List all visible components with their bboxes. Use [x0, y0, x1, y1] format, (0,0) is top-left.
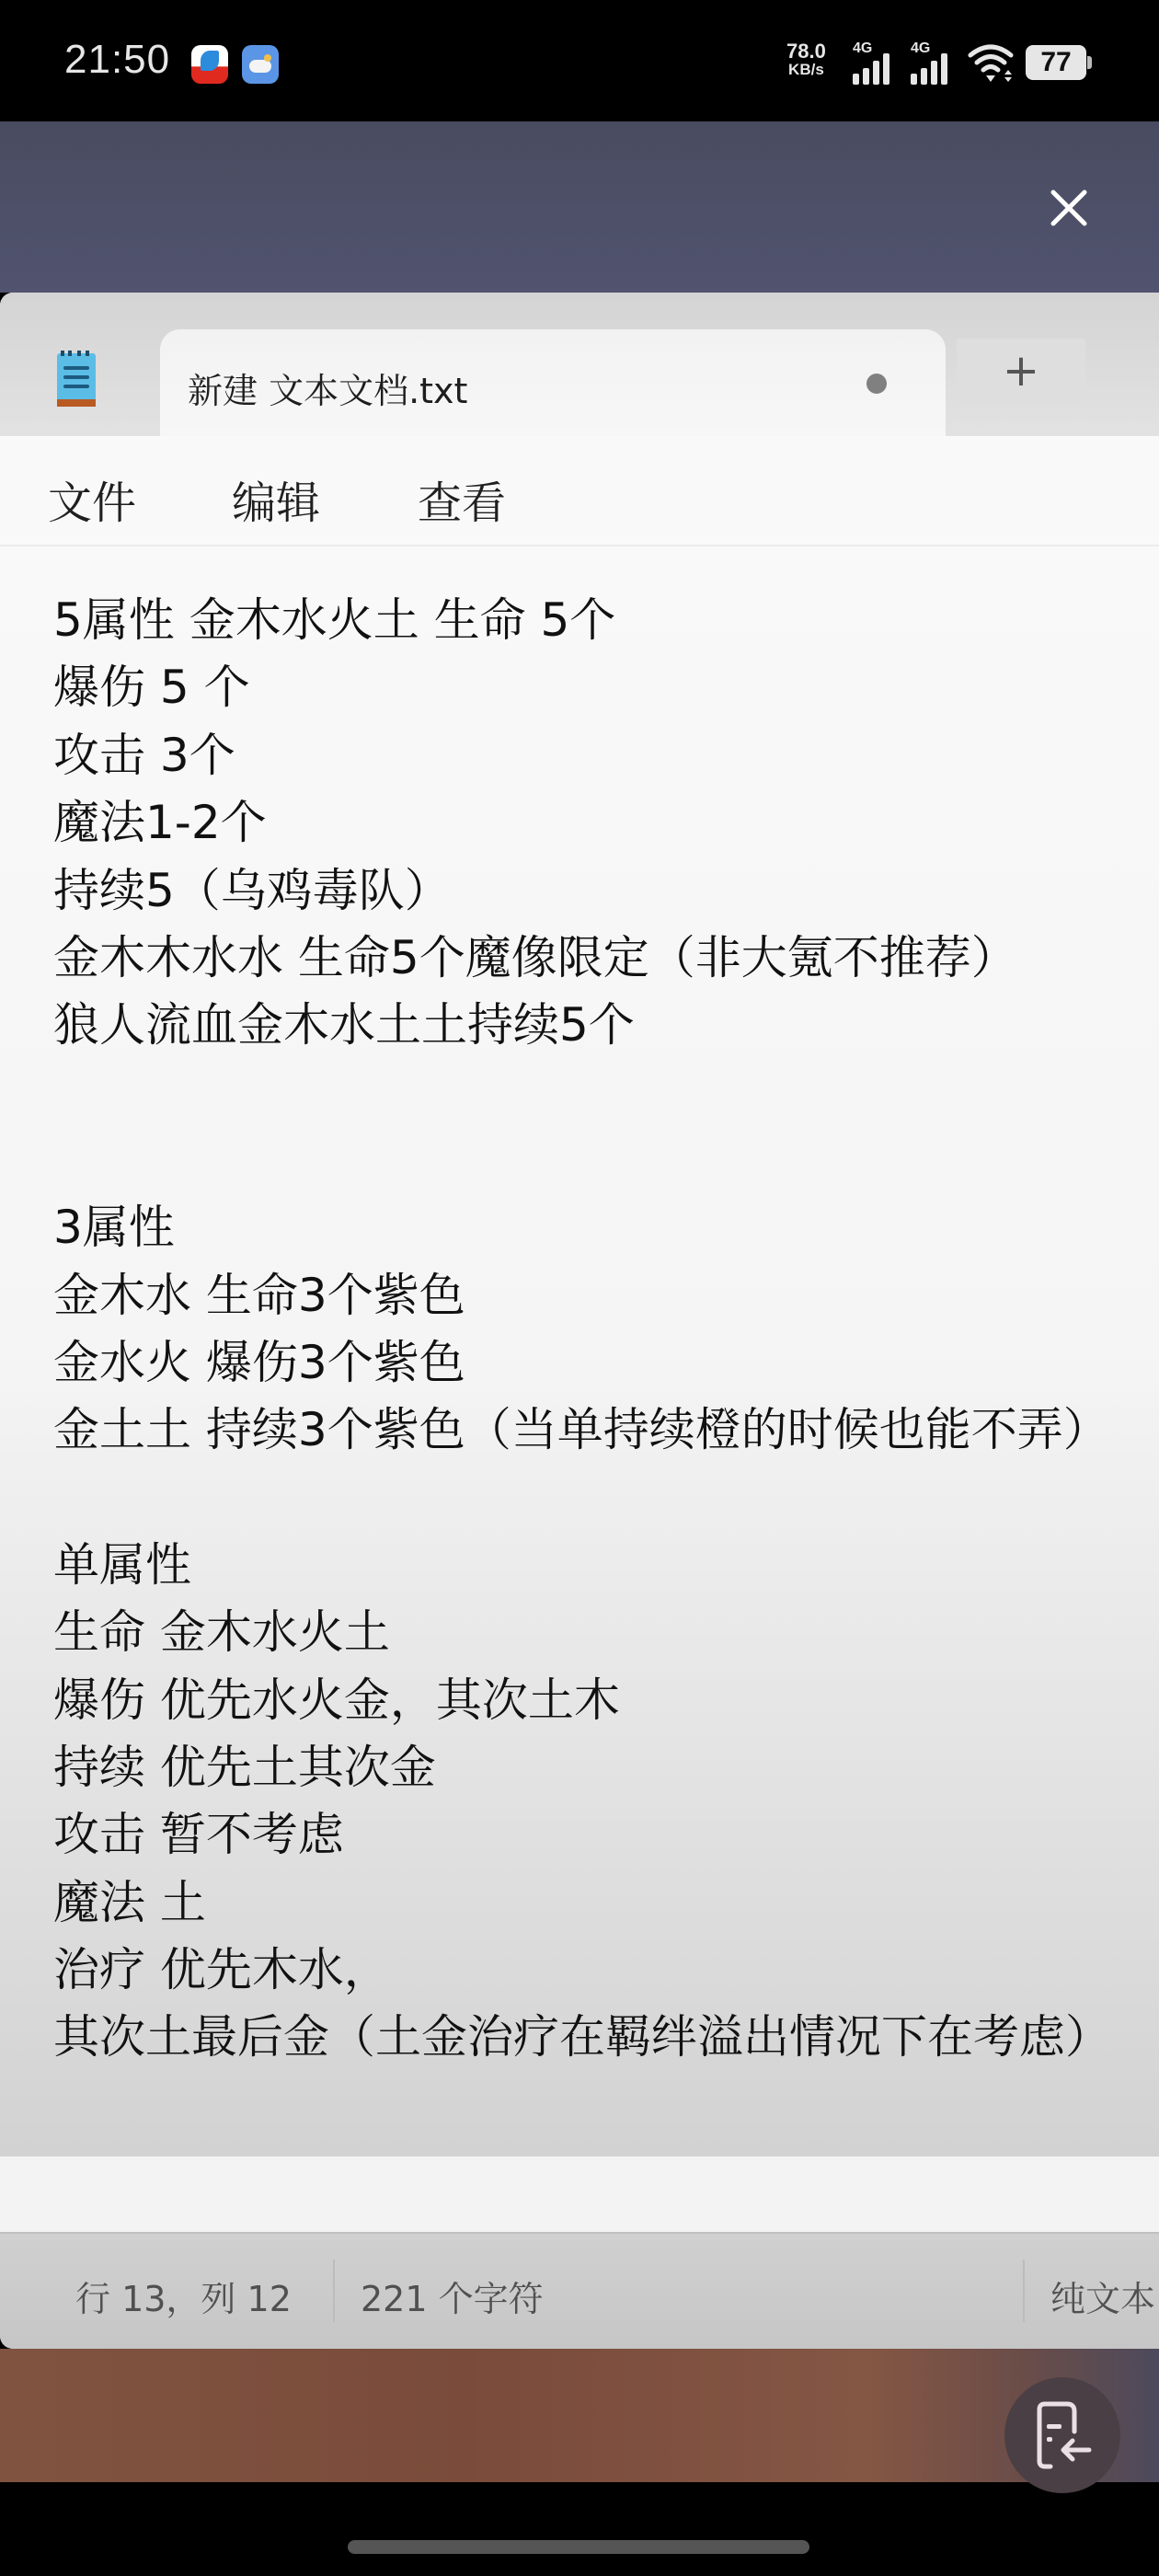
text-line: 单属性 — [53, 1528, 191, 1594]
text-line: 攻击 3个 — [53, 719, 235, 785]
text-line: 爆伤 优先水火金，其次土木 — [53, 1663, 620, 1730]
notepad-icon — [55, 350, 99, 408]
text-line: 持续5（乌鸡毒队） — [53, 854, 451, 920]
unsaved-indicator-icon[interactable] — [866, 374, 887, 394]
notepad-window: 新建 文本文档.txt + 文件 编辑 查看 5属性 金木水火土 生命 5个 爆… — [0, 293, 1159, 2349]
tab-title: 新建 文本文档.txt — [188, 362, 467, 413]
text-line: 魔法 土 — [53, 1866, 206, 1932]
network-speed: 78.0 KB/s — [786, 42, 826, 79]
text-line: 治疗 优先木水， — [53, 1933, 390, 1999]
text-line: 金水火 爆伤3个紫色 — [53, 1326, 465, 1392]
cursor-position: 行 13，列 12 — [75, 2271, 292, 2321]
battery-icon: 77 — [1026, 45, 1086, 80]
text-editor[interactable]: 5属性 金木水火土 生命 5个 爆伤 5 个 攻击 3个 魔法1-2个 持续5（… — [0, 546, 1159, 2156]
cell-signal-icon: 4G — [853, 40, 901, 85]
divider — [1023, 2260, 1025, 2322]
app-dolphin-icon — [191, 45, 228, 84]
close-button[interactable] — [1039, 178, 1098, 237]
text-line: 爆伤 5 个 — [53, 650, 250, 717]
wifi-icon — [968, 42, 1017, 85]
text-line: 魔法1-2个 — [53, 786, 267, 852]
menu-file[interactable]: 文件 — [48, 467, 136, 531]
text-line: 5属性 金木水火土 生命 5个 — [53, 583, 615, 650]
text-line: 金木木水水 生命5个魔像限定（非大氪不推荐） — [53, 921, 1017, 987]
menu-view[interactable]: 查看 — [418, 467, 506, 531]
text-line: 3属性 — [53, 1190, 175, 1257]
menu-edit[interactable]: 编辑 — [232, 467, 320, 531]
title-bar: 新建 文本文档.txt + — [0, 293, 1159, 436]
exit-window-icon — [1030, 2398, 1095, 2472]
home-indicator[interactable] — [348, 2540, 809, 2554]
text-line: 生命 金木水火土 — [53, 1595, 390, 1662]
text-line: 攻击 暂不考虑 — [53, 1798, 344, 1864]
text-line: 金土土 持续3个紫色（当单持续橙的时候也能不弄） — [53, 1393, 1109, 1459]
cell-signal-icon: 4G — [911, 40, 958, 85]
wallpaper — [0, 2349, 1159, 2482]
close-icon — [1048, 187, 1090, 229]
floating-window-header — [0, 121, 1159, 293]
clock: 21:50 — [64, 37, 170, 83]
text-line: 持续 优先土其次金 — [53, 1731, 436, 1797]
exit-floating-window-button[interactable] — [1004, 2377, 1120, 2493]
text-line: 金木水 生命3个紫色 — [53, 1259, 465, 1325]
system-status-bar: 21:50 78.0 KB/s 4G 4G 77 — [0, 0, 1159, 121]
new-tab-button[interactable]: + — [957, 339, 1085, 403]
text-line: 其次土最后金（土金治疗在羁绊溢出情况下在考虑） — [53, 2000, 1111, 2066]
menu-bar: 文件 编辑 查看 — [0, 436, 1159, 546]
weather-icon — [242, 45, 279, 84]
character-count: 221 个字符 — [361, 2271, 544, 2321]
editor-status-bar: 行 13，列 12 221 个字符 纯文本 — [0, 2232, 1159, 2349]
encoding-label[interactable]: 纯文本 — [1050, 2271, 1155, 2321]
text-line: 狼人流血金木水土土持续5个 — [53, 988, 635, 1054]
tab-document[interactable]: 新建 文本文档.txt — [160, 329, 946, 436]
divider — [333, 2260, 335, 2322]
